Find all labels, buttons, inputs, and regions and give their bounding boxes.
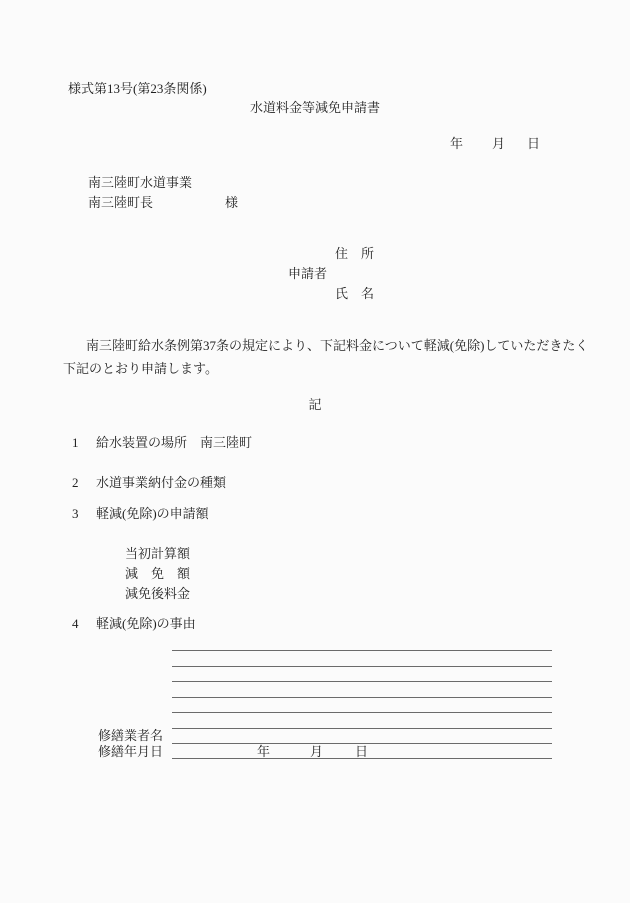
addressee-organization: 南三陸町水道事業	[88, 176, 192, 191]
application-form-page: 様式第13号(第23条関係) 水道料金等減免申請書 年 月 日 南三陸町水道事業…	[0, 0, 630, 903]
applicant-address-label: 住 所	[335, 247, 374, 262]
body-line-2: 下記のとおり申請します。	[63, 362, 218, 377]
item-number: 3	[72, 507, 79, 522]
page-title: 水道料金等減免申請書	[0, 101, 630, 116]
body-line-1: 南三陸町給水条例第37条の規定により、下記料金について軽減(免除)していただきた…	[86, 339, 588, 354]
contractor-name-label: 修繕業者名	[98, 729, 163, 744]
ruled-line	[172, 666, 552, 667]
record-marker: 記	[0, 398, 630, 413]
ruled-line	[172, 712, 552, 713]
date-month-label: 月	[492, 137, 505, 152]
addressee-honorific: 様	[225, 196, 238, 211]
item-label: 軽減(免除)の申請額	[96, 507, 209, 522]
item-label: 給水装置の場所	[96, 436, 187, 451]
item-number: 2	[72, 476, 79, 491]
amount-row-initial: 当初計算額	[125, 547, 190, 562]
item-value: 南三陸町	[200, 436, 252, 451]
item-label: 軽減(免除)の事由	[96, 617, 196, 632]
item-label: 水道事業納付金の種類	[96, 476, 226, 491]
date-year-label: 年	[450, 137, 463, 152]
amount-row-reduction: 減 免 額	[125, 567, 190, 582]
addressee-mayor: 南三陸町長	[88, 196, 153, 211]
repair-date-line	[172, 758, 552, 759]
ruled-line	[172, 650, 552, 651]
item-number: 1	[72, 436, 79, 451]
item-number: 4	[72, 617, 79, 632]
ruled-line	[172, 728, 552, 729]
form-number: 様式第13号(第23条関係)	[68, 82, 207, 97]
ruled-line	[172, 697, 552, 698]
applicant-label: 申請者	[288, 267, 327, 282]
date-day-label: 日	[527, 137, 540, 152]
applicant-name-label: 氏 名	[335, 287, 374, 302]
amount-row-after: 減免後料金	[125, 587, 190, 602]
repair-date-label: 修繕年月日	[98, 745, 163, 760]
ruled-line	[172, 681, 552, 682]
